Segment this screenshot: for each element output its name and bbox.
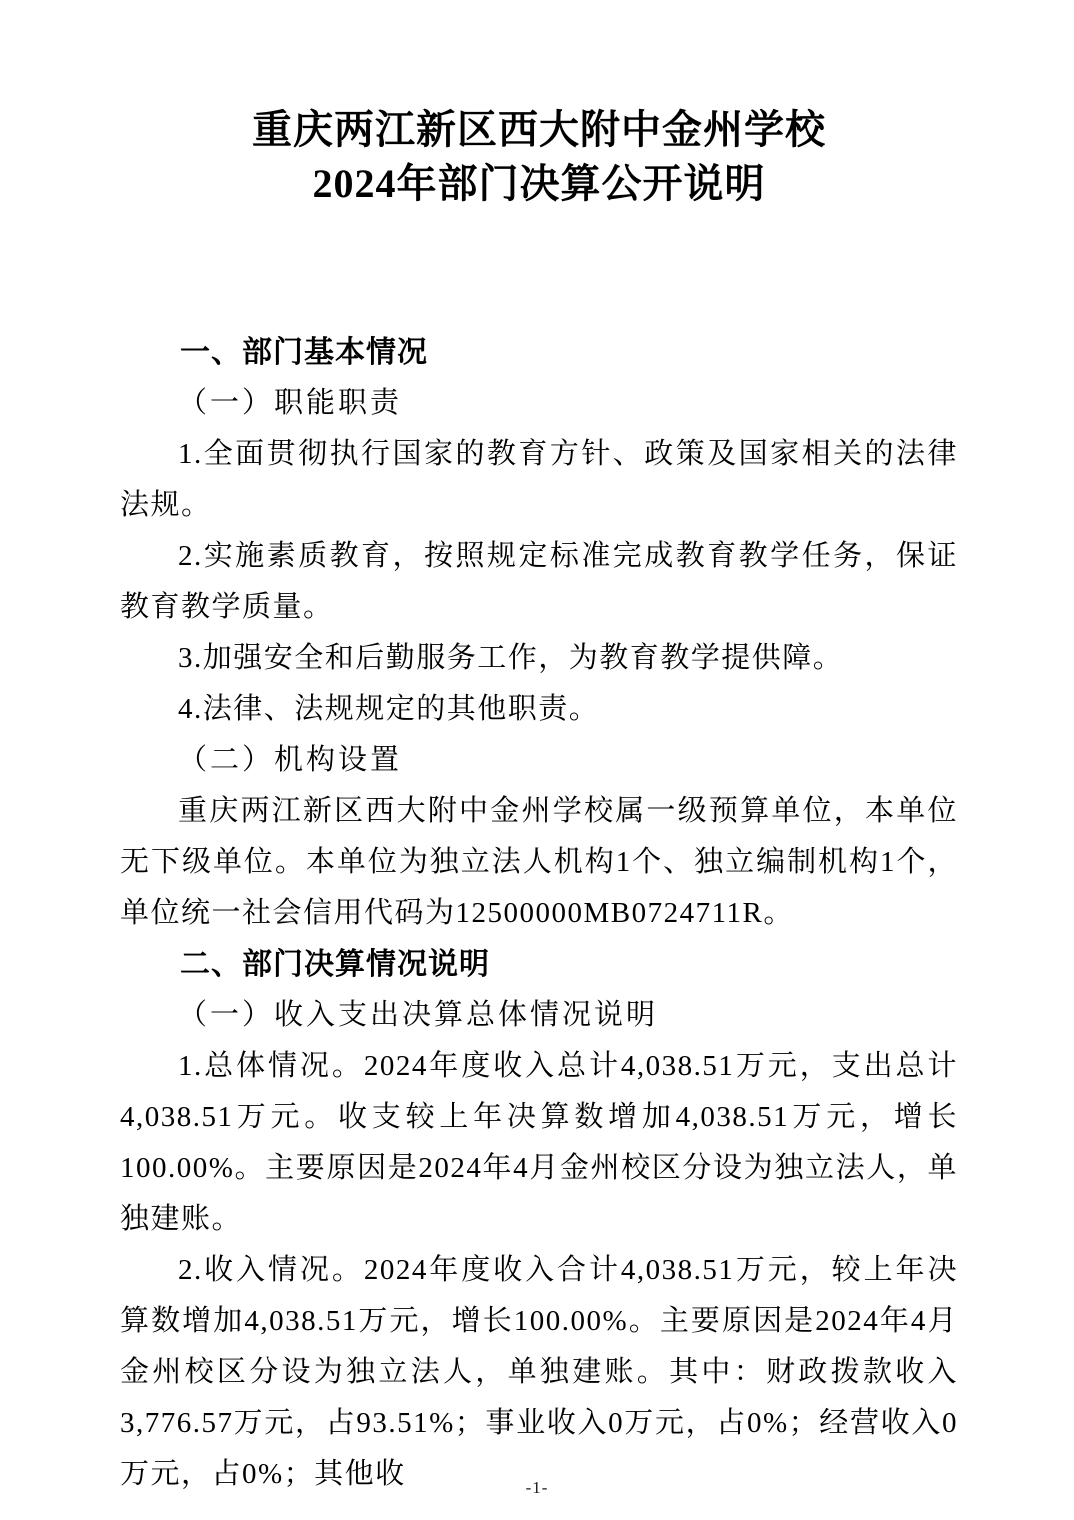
section-heading: 二、部门决算情况说明 xyxy=(120,939,958,990)
document-title-line-1: 重庆两江新区西大附中金州学校 xyxy=(120,103,958,157)
document-page: 重庆两江新区西大附中金州学校 2024年部门决算公开说明 一、部门基本情况（一）… xyxy=(0,0,1074,1500)
paragraph: 1.全面贯彻执行国家的教育方针、政策及国家相关的法律法规。 xyxy=(120,429,958,531)
sub-heading: （一）职能职责 xyxy=(120,378,958,429)
document-title: 重庆两江新区西大附中金州学校 2024年部门决算公开说明 xyxy=(120,103,958,211)
page-footer: -1- xyxy=(0,1478,1074,1498)
paragraph: 2.实施素质教育，按照规定标准完成教育教学任务，保证教育教学质量。 xyxy=(120,531,958,633)
page-number: -1- xyxy=(526,1478,549,1497)
sub-heading: （二）机构设置 xyxy=(120,735,958,786)
paragraph: 3.加强安全和后勤服务工作，为教育教学提供障。 xyxy=(120,633,958,684)
document-title-line-2: 2024年部门决算公开说明 xyxy=(120,157,958,211)
paragraph: 4.法律、法规规定的其他职责。 xyxy=(120,684,958,735)
section-heading: 一、部门基本情况 xyxy=(120,327,958,378)
paragraph: 1.总体情况。2024年度收入总计4,038.51万元，支出总计4,038.51… xyxy=(120,1041,958,1245)
paragraph: 重庆两江新区西大附中金州学校属一级预算单位，本单位无下级单位。本单位为独立法人机… xyxy=(120,786,958,939)
sub-heading: （一）收入支出决算总体情况说明 xyxy=(120,990,958,1041)
paragraph: 2.收入情况。2024年度收入合计4,038.51万元，较上年决算数增加4,03… xyxy=(120,1245,958,1500)
document-body: 一、部门基本情况（一）职能职责1.全面贯彻执行国家的教育方针、政策及国家相关的法… xyxy=(120,327,958,1500)
